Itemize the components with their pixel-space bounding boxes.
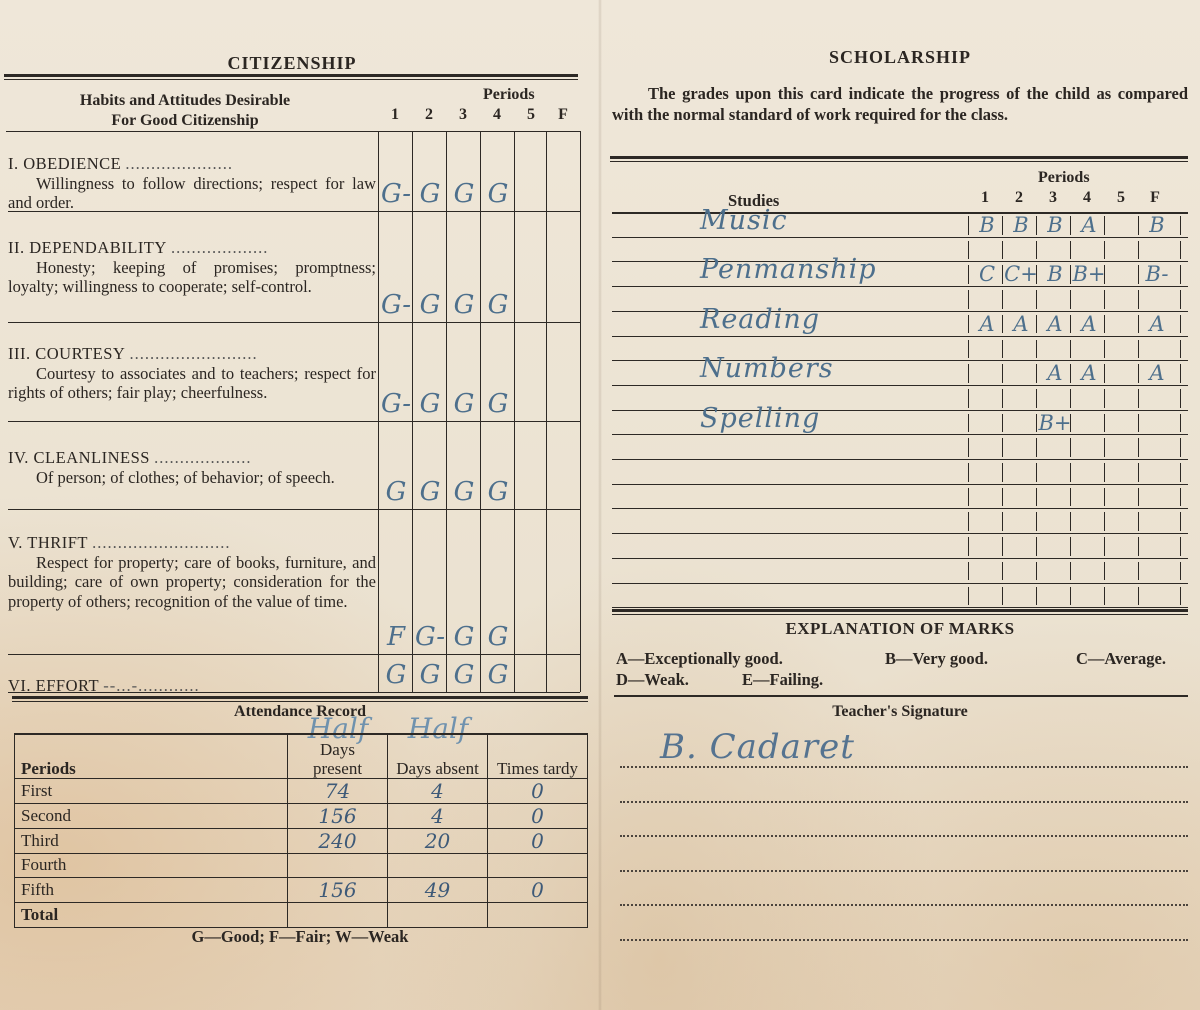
grid-column-rule <box>580 131 581 143</box>
attendance-tardy-value: 0 <box>531 878 544 902</box>
attendance-present-value: 156 <box>318 804 356 828</box>
signature-line <box>620 939 1188 941</box>
citizenship-grade: G <box>413 179 447 209</box>
attendance-present-cell: 156 <box>288 878 388 903</box>
citizenship-grade: G- <box>413 622 447 652</box>
subject-grade: B <box>1037 262 1073 286</box>
study-row-rule <box>612 434 1188 435</box>
grade-column-rule <box>1180 315 1181 334</box>
sch-period-number: 2 <box>1008 189 1030 207</box>
grade-column-rule <box>1002 438 1003 457</box>
grid-column-rule <box>580 232 581 322</box>
citizenship-grade: G <box>413 290 447 320</box>
attendance-absent-value: 49 <box>425 878 450 902</box>
habit-description: Courtesy to associates and to teachers; … <box>8 364 376 403</box>
grid-column-rule <box>480 421 481 440</box>
grid-column-rule <box>446 421 447 440</box>
period-number: 4 <box>486 106 508 124</box>
attendance-tardy-cell: 0 <box>488 778 588 803</box>
habit-item: V. THRIFT ...........................Res… <box>8 533 376 611</box>
subject-grade: A <box>1037 361 1073 385</box>
subject-grade: A <box>1071 213 1107 237</box>
sch-period-number: 3 <box>1042 189 1064 207</box>
habit-description-text: Of person; of clothes; of behavior; of s… <box>36 468 335 487</box>
grade-column-rule <box>1036 290 1037 309</box>
grid-column-rule <box>514 131 515 143</box>
grade-column-rule <box>1180 414 1181 433</box>
grid-column-rule <box>580 340 581 421</box>
grid-column-rule <box>378 421 379 440</box>
grade-column-rule <box>1036 512 1037 531</box>
attendance-tardy-cell: 0 <box>488 803 588 828</box>
attendance-period: First <box>15 778 288 803</box>
subject-grade: A <box>1139 312 1175 336</box>
grade-column-rule <box>1002 463 1003 482</box>
subject-grade: B+ <box>1037 411 1073 435</box>
grid-column-rule <box>514 421 515 440</box>
attendance-row: Total <box>15 903 588 928</box>
grade-column-rule <box>968 512 969 531</box>
habits-header-line2: For Good Citizenship <box>10 111 360 131</box>
grid-column-rule <box>446 509 447 528</box>
habit-item: VI. EFFORT --...-............ <box>8 676 376 696</box>
attendance-tardy-value: 0 <box>531 779 544 803</box>
grade-column-rule <box>968 438 969 457</box>
grade-column-rule <box>968 340 969 359</box>
grade-column-rule <box>1104 562 1105 581</box>
citizenship-grade: G <box>413 477 447 507</box>
grade-column-rule <box>1180 216 1181 235</box>
grade-column-rule <box>968 587 969 606</box>
study-row-rule <box>612 459 1188 460</box>
citizenship-legend: G—Good; F—Fair; W—Weak <box>0 927 600 947</box>
grade-column-rule <box>1070 241 1071 260</box>
study-row-rule <box>612 508 1188 509</box>
study-row-rule <box>612 484 1188 485</box>
grade-column-rule <box>1180 587 1181 606</box>
grade-column-rule <box>1070 438 1071 457</box>
attendance-row: Second15640 <box>15 803 588 828</box>
study-row-rule <box>612 533 1188 534</box>
signature-line <box>620 835 1188 837</box>
signature-line <box>620 801 1188 803</box>
grid-column-rule <box>580 421 581 440</box>
study-row-rule <box>612 558 1188 559</box>
subject-grade: B- <box>1139 262 1175 286</box>
subject-grade: B <box>1037 213 1073 237</box>
habit-item: IV. CLEANLINESS ...................Of pe… <box>8 448 376 487</box>
grade-column-rule <box>1070 512 1071 531</box>
attendance-present-cell: 240 <box>288 828 388 853</box>
grade-column-rule <box>1180 488 1181 507</box>
marks-title: EXPLANATION OF MARKS <box>600 619 1200 639</box>
grade-column-rule <box>1138 241 1139 260</box>
attendance-present-cell <box>288 853 388 878</box>
grade-column-rule <box>1104 340 1105 359</box>
grade-column-rule <box>1002 290 1003 309</box>
citizenship-grade: G <box>447 389 481 419</box>
grade-column-rule <box>1180 537 1181 556</box>
period-number: 2 <box>418 106 440 124</box>
grid-column-rule <box>514 654 515 657</box>
habit-name: II. DEPENDABILITY <box>8 238 167 257</box>
grid-column-rule <box>546 509 547 528</box>
subject-grade: A <box>1071 361 1107 385</box>
grade-column-rule <box>1036 537 1037 556</box>
habit-item: III. COURTESY .........................C… <box>8 344 376 403</box>
attendance-absent-cell: 49 <box>388 878 488 903</box>
attendance-period: Third <box>15 828 288 853</box>
subject-grade: B <box>1139 213 1175 237</box>
citizenship-title: CITIZENSHIP <box>0 53 584 74</box>
sch-period-number: F <box>1144 189 1166 207</box>
grid-column-rule <box>378 509 379 528</box>
grade-column-rule <box>1002 389 1003 408</box>
scholarship-intro: The grades upon this card indicate the p… <box>612 83 1188 125</box>
attendance-tardy-cell: 0 <box>488 878 588 903</box>
mark-e: E—Failing. <box>742 670 823 690</box>
grid-column-rule <box>546 131 547 143</box>
grid-column-rule <box>546 143 547 211</box>
habit-name: III. COURTESY <box>8 344 125 363</box>
habit-name-line: V. THRIFT ........................... <box>8 533 376 553</box>
grade-column-rule <box>1002 537 1003 556</box>
attendance-absent-cell <box>388 853 488 878</box>
mark-c: C—Average. <box>1076 649 1166 669</box>
citizenship-grade: G <box>447 477 481 507</box>
days-absent-header: Days absent <box>388 734 488 778</box>
title-rule <box>4 74 578 80</box>
grade-column-rule <box>1070 340 1071 359</box>
citizenship-grade: G <box>481 179 515 209</box>
grid-column-rule <box>412 322 413 340</box>
citizenship-grade: G <box>379 660 413 690</box>
attendance-absent-value: 4 <box>431 779 444 803</box>
grade-column-rule <box>1138 463 1139 482</box>
study-row-rule <box>612 583 1188 584</box>
citizenship-grade: G- <box>379 179 413 209</box>
grid-column-rule <box>378 322 379 340</box>
grade-column-rule <box>1070 562 1071 581</box>
grid-column-rule <box>446 322 447 340</box>
grade-column-rule <box>1002 562 1003 581</box>
grade-column-rule <box>1180 265 1181 284</box>
attendance-period: Total <box>15 903 288 928</box>
grade-column-rule <box>1180 438 1181 457</box>
grid-column-rule <box>514 509 515 528</box>
signature-label: Teacher's Signature <box>600 703 1200 721</box>
grade-column-rule <box>1070 389 1071 408</box>
grade-column-rule <box>968 488 969 507</box>
subject-name: Numbers <box>700 354 834 384</box>
grade-column-rule <box>968 290 969 309</box>
attendance-absent-cell: 4 <box>388 778 488 803</box>
grid-column-rule <box>412 211 413 232</box>
grade-column-rule <box>968 562 969 581</box>
habit-name-line: I. OBEDIENCE ..................... <box>8 154 376 174</box>
attendance-absent-cell: 20 <box>388 828 488 853</box>
subject-grade: A <box>1071 312 1107 336</box>
grade-column-rule <box>1138 562 1139 581</box>
grade-column-rule <box>1070 587 1071 606</box>
mark-b: B—Very good. <box>885 649 988 669</box>
grid-column-rule <box>546 657 547 692</box>
habit-row-rule <box>8 654 580 655</box>
citizenship-grade: F <box>379 622 413 652</box>
citizenship-grade: G <box>413 660 447 690</box>
grade-column-rule <box>1138 414 1139 433</box>
grid-column-rule <box>580 657 581 692</box>
grade-column-rule <box>968 463 969 482</box>
grade-column-rule <box>1070 488 1071 507</box>
periods-label: Periods <box>483 86 535 104</box>
grid-column-rule <box>580 211 581 232</box>
subject-name: Reading <box>700 305 820 335</box>
citizenship-grade: G <box>481 622 515 652</box>
attendance-row: First7440 <box>15 778 588 803</box>
grid-column-rule <box>480 509 481 528</box>
habits-header-line1: Habits and Attitudes Desirable <box>10 91 360 111</box>
scholarship-top-rule <box>610 156 1188 162</box>
grade-column-rule <box>1180 241 1181 260</box>
habit-row-rule <box>8 421 580 422</box>
habit-name: I. OBEDIENCE <box>8 154 121 173</box>
grade-column-rule <box>1036 587 1037 606</box>
attendance-absent-cell: 4 <box>388 803 488 828</box>
grade-column-rule <box>1104 537 1105 556</box>
teacher-signature: B. Cadaret <box>660 727 855 767</box>
habit-name-line: II. DEPENDABILITY ................... <box>8 238 376 258</box>
grid-column-rule <box>546 654 547 657</box>
citizenship-grade: G <box>481 477 515 507</box>
grid-column-rule <box>546 340 547 421</box>
attendance-tardy-cell <box>488 853 588 878</box>
habit-leader-dots: --...-............ <box>103 676 199 695</box>
citizenship-grade: G <box>413 389 447 419</box>
citizenship-grade: G <box>447 290 481 320</box>
grid-column-rule <box>412 509 413 528</box>
grid-column-rule <box>514 322 515 340</box>
attendance-present-value: 156 <box>318 878 356 902</box>
habit-description: Of person; of clothes; of behavior; of s… <box>8 468 376 488</box>
attendance-row: Fourth <box>15 853 588 878</box>
subject-grade: A <box>1139 361 1175 385</box>
grid-column-rule <box>412 131 413 143</box>
grade-column-rule <box>1036 438 1037 457</box>
grid-column-rule <box>514 211 515 232</box>
attendance-table: Periods Days present Days absent Times t… <box>14 733 588 928</box>
citizenship-grade: G- <box>379 389 413 419</box>
grade-column-rule <box>1036 562 1037 581</box>
grid-column-rule <box>546 232 547 322</box>
grid-column-rule <box>580 528 581 654</box>
habit-description-text: Courtesy to associates and to teachers; … <box>8 364 376 403</box>
grade-column-rule <box>968 414 969 433</box>
grade-column-rule <box>1002 414 1003 433</box>
habit-description: Honesty; keeping of promises; promptness… <box>8 258 376 297</box>
grade-column-rule <box>1138 340 1139 359</box>
habit-name: VI. EFFORT <box>8 676 99 695</box>
grid-column-rule <box>480 654 481 657</box>
attendance-present-cell <box>288 903 388 928</box>
grade-column-rule <box>1036 389 1037 408</box>
grade-column-rule <box>1138 290 1139 309</box>
grade-column-rule <box>1036 241 1037 260</box>
grid-column-rule <box>546 440 547 509</box>
attendance-present-value: 74 <box>325 779 350 803</box>
grid-column-rule <box>480 322 481 340</box>
grid-column-rule <box>480 211 481 232</box>
grid-column-rule <box>378 131 379 143</box>
grade-column-rule <box>1104 587 1105 606</box>
sch-period-number: 5 <box>1110 189 1132 207</box>
attendance-row: Third240200 <box>15 828 588 853</box>
grade-column-rule <box>1138 438 1139 457</box>
grid-column-rule <box>580 440 581 509</box>
subject-grade: A <box>969 312 1005 336</box>
habit-description: Respect for property; care of books, fur… <box>8 553 376 612</box>
grade-column-rule <box>1002 340 1003 359</box>
grid-column-rule <box>546 421 547 440</box>
grade-column-rule <box>1002 512 1003 531</box>
citizenship-grade: G <box>481 660 515 690</box>
attendance-rows: First7440Second15640Third240200FourthFif… <box>15 778 588 927</box>
signature-line <box>620 766 1188 768</box>
subject-grade: A <box>1003 312 1039 336</box>
attendance-tardy-cell <box>488 903 588 928</box>
habit-leader-dots: ..................... <box>125 154 233 173</box>
sch-period-number: 4 <box>1076 189 1098 207</box>
attendance-tardy-value: 0 <box>531 804 544 828</box>
period-number: F <box>552 106 574 124</box>
grade-column-rule <box>1070 290 1071 309</box>
grade-column-rule <box>1002 364 1003 383</box>
subject-grade: B+ <box>1071 262 1107 286</box>
grade-column-rule <box>1002 587 1003 606</box>
habit-leader-dots: ................... <box>171 238 268 257</box>
grade-column-rule <box>1180 290 1181 309</box>
grade-column-rule <box>1104 414 1105 433</box>
grid-column-rule <box>412 421 413 440</box>
grid-column-rule <box>480 131 481 143</box>
subject-name: Spelling <box>700 404 820 434</box>
mark-a: A—Exceptionally good. <box>616 649 783 669</box>
grade-column-rule <box>968 241 969 260</box>
attendance-period: Second <box>15 803 288 828</box>
grade-column-rule <box>1180 340 1181 359</box>
grid-column-rule <box>580 654 581 657</box>
habits-header: Habits and Attitudes Desirable For Good … <box>10 91 360 131</box>
header-rule <box>6 131 580 132</box>
grade-column-rule <box>1104 512 1105 531</box>
attendance-absent-value: 4 <box>431 804 444 828</box>
days-present-header: Days present <box>288 734 388 778</box>
citizenship-grade: G- <box>379 290 413 320</box>
effort-bottom-rule <box>12 696 588 702</box>
habit-name-line: VI. EFFORT --...-............ <box>8 676 376 696</box>
period-number: 5 <box>520 106 542 124</box>
habit-description-text: Willingness to follow directions; respec… <box>8 174 376 213</box>
habit-description-text: Honesty; keeping of promises; promptness… <box>8 258 376 297</box>
habit-name: IV. CLEANLINESS <box>8 448 150 467</box>
scholarship-title: SCHOLARSHIP <box>610 47 1190 68</box>
habit-leader-dots: ........................... <box>92 533 230 552</box>
citizenship-grade: G <box>481 389 515 419</box>
grid-column-rule <box>446 131 447 143</box>
attendance-tardy-value: 0 <box>531 829 544 853</box>
citizenship-page: CITIZENSHIP Habits and Attitudes Desirab… <box>0 0 600 1010</box>
study-row-rule <box>612 410 1188 411</box>
grid-column-rule <box>546 211 547 232</box>
grade-column-rule <box>1002 241 1003 260</box>
grade-column-rule <box>1036 463 1037 482</box>
grade-column-rule <box>1070 537 1071 556</box>
habit-name: V. THRIFT <box>8 533 88 552</box>
marks-bottom-rule <box>614 695 1188 697</box>
times-tardy-header: Times tardy <box>488 734 588 778</box>
habit-row-rule <box>8 322 580 323</box>
grade-column-rule <box>1104 241 1105 260</box>
periods-column-header: Periods <box>15 734 288 778</box>
grid-column-rule <box>446 211 447 232</box>
grade-column-rule <box>1138 512 1139 531</box>
habit-item: I. OBEDIENCE .....................Willin… <box>8 154 376 213</box>
grid-column-rule <box>546 528 547 654</box>
signature-line <box>620 904 1188 906</box>
grade-column-rule <box>1104 290 1105 309</box>
grid-column-rule <box>580 143 581 211</box>
grade-column-rule <box>1180 512 1181 531</box>
grade-column-rule <box>1104 389 1105 408</box>
grade-column-rule <box>1104 463 1105 482</box>
grid-column-rule <box>412 654 413 657</box>
attendance-absent-value: 20 <box>425 829 450 853</box>
grid-column-rule <box>378 654 379 657</box>
grade-column-rule <box>1138 537 1139 556</box>
mark-d: D—Weak. <box>616 670 689 690</box>
sch-periods-label: Periods <box>1038 169 1090 187</box>
scholarship-bottom-rule <box>612 609 1188 615</box>
citizenship-grade: G <box>447 660 481 690</box>
habit-row-rule <box>8 509 580 510</box>
grade-column-rule <box>1180 364 1181 383</box>
grid-column-rule <box>446 654 447 657</box>
habit-item: II. DEPENDABILITY ...................Hon… <box>8 238 376 297</box>
grade-column-rule <box>1180 463 1181 482</box>
subject-grade: C <box>969 262 1005 286</box>
grade-column-rule <box>1036 340 1037 359</box>
attendance-absent-cell <box>388 903 488 928</box>
signature-line <box>620 870 1188 872</box>
habit-leader-dots: ......................... <box>129 344 257 363</box>
scholarship-page: SCHOLARSHIP The grades upon this card in… <box>600 0 1200 1010</box>
sch-period-number: 1 <box>974 189 996 207</box>
grade-column-rule <box>968 364 969 383</box>
grid-column-rule <box>580 509 581 528</box>
habit-name-line: III. COURTESY ......................... <box>8 344 376 364</box>
grade-column-rule <box>1104 438 1105 457</box>
attendance-tardy-cell: 0 <box>488 828 588 853</box>
habit-description-text: Respect for property; care of books, fur… <box>8 553 376 611</box>
grade-column-rule <box>1138 488 1139 507</box>
period-number: 1 <box>384 106 406 124</box>
attendance-period: Fourth <box>15 853 288 878</box>
grade-column-rule <box>1104 488 1105 507</box>
grade-column-rule <box>1070 463 1071 482</box>
grade-column-rule <box>1138 587 1139 606</box>
grade-column-rule <box>1138 389 1139 408</box>
subject-grade: B <box>1003 213 1039 237</box>
